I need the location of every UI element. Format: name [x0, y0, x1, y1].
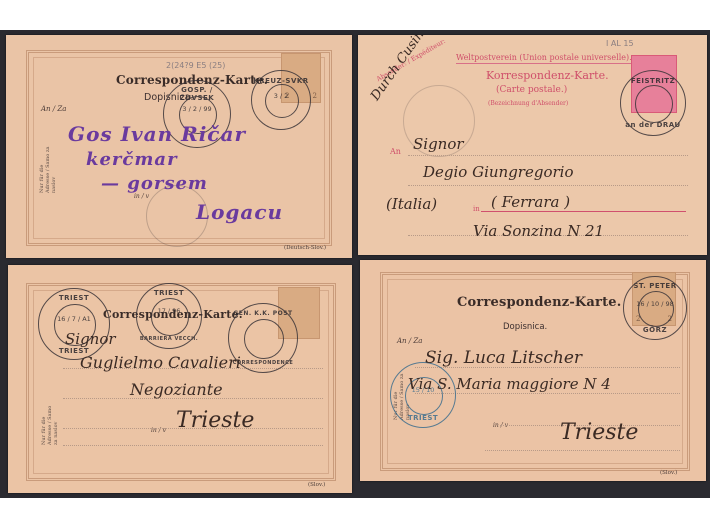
postmark-kreuz: KREUZ-SVKR 3 / 2: [251, 70, 311, 130]
printer-mark: (Deutsch-Slov.): [284, 245, 326, 251]
postmark-feistritz: FEISTRITZ an der DRAU: [620, 70, 686, 136]
handwriting-line-3: Negoziante: [130, 380, 223, 399]
postcard-top-right: I AL 15 Absender: / Expéditeur: Weltpost…: [358, 35, 707, 255]
in-label: in: [473, 205, 480, 213]
handwriting-line-4: Logacu: [196, 200, 283, 224]
handwriting-line-1: Signor: [413, 135, 464, 153]
handwriting-line-2: Degio Giungregorio: [423, 163, 573, 181]
address-note: Nur für die Adresse / Samo za naslov: [41, 400, 59, 445]
pencil-note: 2(24?9 E5 (25): [166, 61, 225, 70]
in-v-label: in / v: [493, 421, 508, 431]
handwriting-line-2: kerčmar: [86, 149, 178, 170]
printer-mark: (Slov.): [308, 482, 325, 488]
postmark-st-peter: ST. PETER 16 / 10 / 98 GÖRZ: [623, 276, 687, 340]
handwriting-line-4: ( Ferrara ): [491, 193, 570, 211]
handwriting-line-2: Guglielmo Cavalieri: [80, 353, 241, 372]
address-line: [481, 211, 686, 212]
handwriting-line-3: Trieste: [560, 420, 638, 445]
address-note: Nur für die Adresse / Samo za naslov: [39, 143, 57, 193]
pencil-note: I AL 15: [606, 39, 634, 48]
handwriting-line-3: (Italia): [386, 195, 437, 213]
an-label: An: [390, 147, 401, 156]
handwriting-line-3: — gorsem: [101, 173, 208, 194]
card-subtitle: (Carte postale.): [496, 85, 567, 95]
handwriting-line-1: Sig. Luca Litscher: [425, 348, 582, 368]
an-za-label: An / Za: [41, 105, 66, 114]
handwriting-line-4: Trieste: [176, 408, 254, 433]
card-title: Correspondenz-Karte.: [457, 295, 621, 310]
handwriting-line-1: Signor: [65, 330, 116, 348]
postcard-bottom-right: Correspondenz-Karte. Dopisnica. An / Za …: [360, 260, 706, 481]
handwriting-line-2: Via S. Maria maggiore N 4: [408, 375, 611, 393]
handwriting-line-1: Gos Ivan Ričar: [68, 122, 246, 146]
handwriting-line-5: Via Sonzina N 21: [473, 222, 604, 240]
upu-line: Weltpostverein (Union postale universell…: [456, 53, 632, 64]
denomination-note: (Bezeichnung d'Absender): [488, 100, 568, 107]
card-title: Korrespondenz-Karte.: [486, 69, 609, 82]
card-subtitle: Dopisnica.: [503, 322, 547, 332]
postmark-triest-barriera: TRIEST 17 / 96 BARRIERA VECCH.: [136, 283, 202, 349]
postmark-triest-1: TRIEST 16 / 7 / A1 TRIEST: [38, 288, 110, 360]
postcard-top-left: 2(24?9 E5 (25) Correspondenz-Karte. Dopi…: [6, 35, 352, 258]
postmark-triest-blue: TRIEST 15 / 10: [390, 362, 456, 428]
postcard-bottom-left: Correspondenz-Karte. Nur für die Adresse…: [8, 265, 352, 493]
printer-mark: (Slov.): [660, 470, 677, 476]
an-za-label: An / Za: [397, 337, 422, 346]
